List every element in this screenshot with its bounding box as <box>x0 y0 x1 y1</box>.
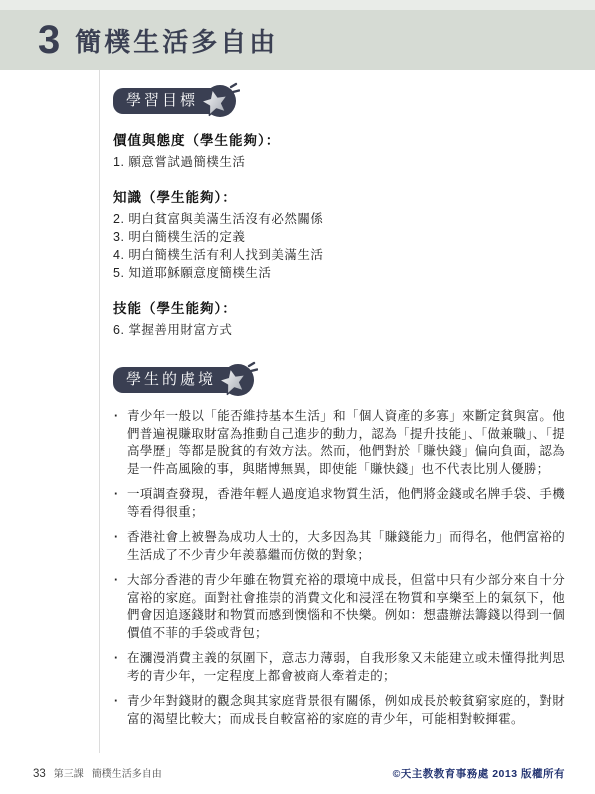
objective-item: 5. 知道耶穌願意度簡樸生活 <box>113 264 565 282</box>
objective-item: 6. 掌握善用財富方式 <box>113 321 565 339</box>
objective-item: 2. 明白貧富與美滿生活沒有必然關係 <box>113 210 565 228</box>
context-bullet: 香港社會上被譽為成功人士的，大多因為其「賺錢能力」而得名，他們富裕的生活成了不少… <box>113 529 565 564</box>
group-heading: 技能（學生能夠）： <box>113 297 565 317</box>
left-margin-rule <box>99 70 100 753</box>
context-bullet: 大部分香港的青少年雖在物質充裕的環境中成長，但當中只有少部分來自十分富裕的家庭。… <box>113 572 565 642</box>
group-heading: 知識（學生能夠）： <box>113 186 565 206</box>
footer-lesson-title: 簡樸生活多自由 <box>92 765 162 780</box>
footer-lesson-label: 第三課 <box>54 765 84 780</box>
context-bullet: 在瀰漫消費主義的氛圍下，意志力薄弱，自我形象又未能建立或未懂得批判思考的青少年，… <box>113 650 565 685</box>
lesson-title: 簡樸生活多自由 <box>75 22 278 59</box>
context-badge: 學生的處境 <box>113 367 242 393</box>
lesson-header: 3 簡樸生活多自由 <box>0 10 595 70</box>
page-number: 33 <box>33 768 46 780</box>
page-content: 學習目標 價值與態度（學生能夠）： <box>113 88 565 736</box>
objectives-group-values: 價值與態度（學生能夠）： 1. 願意嘗試過簡樸生活 <box>113 129 565 171</box>
objectives-group-knowledge: 知識（學生能夠）： 2. 明白貧富與美滿生活沒有必然關係 3. 明白簡樸生活的定… <box>113 186 565 282</box>
document-page: 3 簡樸生活多自由 學習目標 <box>0 0 595 794</box>
objective-item: 4. 明白簡樸生活有利人找到美滿生活 <box>113 246 565 264</box>
context-bullet: 青少年一般以「能否維持基本生活」和「個人資產的多寡」來斷定貧與富。他們普遍視賺取… <box>113 408 565 478</box>
context-bullet: 青少年對錢財的觀念與其家庭背景很有關係，例如成長於較貧窮家庭的，對財富的渴望比較… <box>113 693 565 728</box>
context-section: 學生的處境 青少年一般以「能否維持基本生活」和「個人資產的多寡」來斷定貧與富。他… <box>113 367 565 728</box>
objectives-group-skills: 技能（學生能夠）： 6. 掌握善用財富方式 <box>113 297 565 339</box>
objectives-section: 學習目標 價值與態度（學生能夠）： <box>113 88 565 339</box>
objective-item: 1. 願意嘗試過簡樸生活 <box>113 153 565 171</box>
context-bullet-list: 青少年一般以「能否維持基本生活」和「個人資產的多寡」來斷定貧與富。他們普遍視賺取… <box>113 408 565 728</box>
page-top-margin <box>0 0 595 10</box>
group-heading: 價值與態度（學生能夠）： <box>113 129 565 149</box>
context-bullet: 一項調查發現，香港年輕人過度追求物質生活，他們將金錢或名牌手袋、手機等看得很重； <box>113 486 565 521</box>
star-icon <box>198 81 240 119</box>
footer-left: 33 第三課 簡樸生活多自由 <box>33 765 162 780</box>
objectives-badge: 學習目標 <box>113 88 224 114</box>
copyright-notice: ©天主教教育事務處 2013 版權所有 <box>393 766 565 781</box>
lesson-number: 3 <box>38 20 60 60</box>
star-icon <box>216 360 258 398</box>
objective-item: 3. 明白簡樸生活的定義 <box>113 228 565 246</box>
